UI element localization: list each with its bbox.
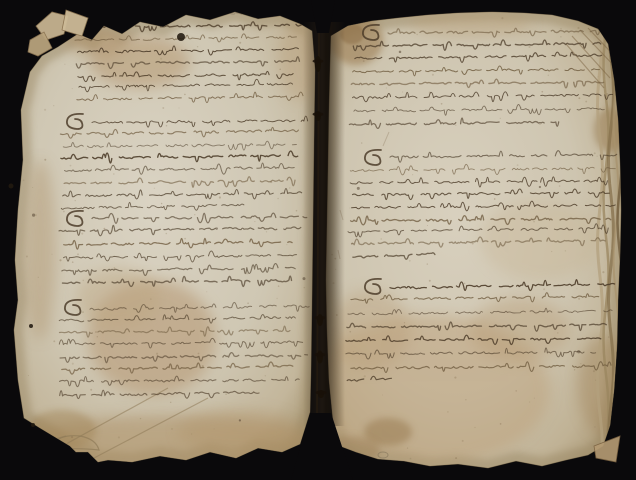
stitch-knot: [317, 351, 323, 364]
left-page: [9, 10, 323, 477]
stitch-knot: [317, 314, 323, 326]
stain: [178, 410, 302, 454]
stain: [480, 200, 600, 280]
stain: [24, 160, 56, 340]
stain: [408, 12, 532, 36]
scanned-manuscript-photo: [0, 0, 636, 480]
stitch-knot: [315, 56, 321, 72]
right-page: [310, 12, 630, 468]
manuscript-scan-svg: [0, 0, 636, 480]
gutter-shadow: [303, 22, 345, 426]
